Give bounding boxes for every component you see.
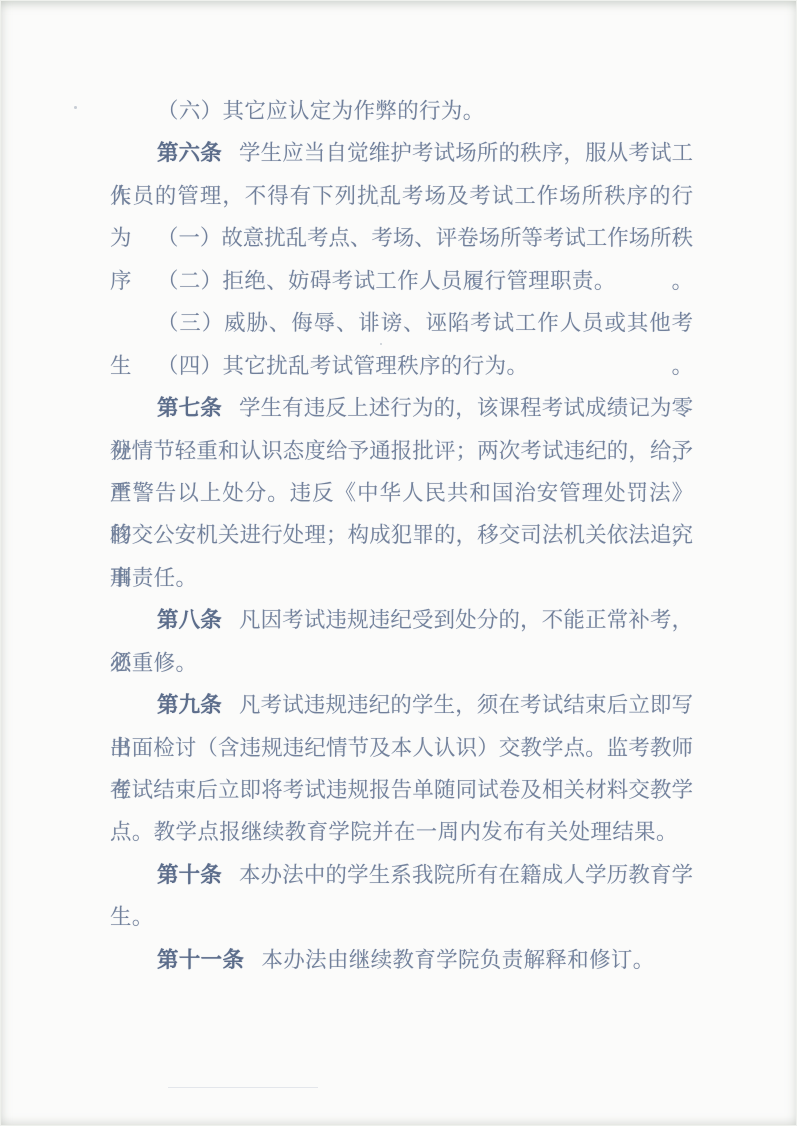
doc-line: 生。: [110, 896, 693, 938]
doc-line: （二）拒绝、妨碍考试工作人员履行管理职责。: [110, 260, 693, 302]
clause-number: 第六条: [157, 141, 222, 165]
clause-number: 第七条: [157, 396, 222, 420]
line-text: 须重修。: [110, 651, 197, 675]
doc-line: （六）其它应认定为作弊的行为。: [110, 90, 693, 132]
document-text: （六）其它应认定为作弊的行为。 第六条学生应当自觉维护考试场所的秩序，服从考试工…: [110, 90, 693, 981]
line-text: 本办法由继续教育学院负责解释和修订。: [261, 948, 654, 972]
doc-line: 点。教学点报继续教育学院并在一周内发布有关处理结果。: [110, 811, 693, 853]
scan-artifact-dot: [74, 106, 77, 109]
doc-line: 视情节轻重和认识态度给予通报批评；两次考试违纪的，给予严: [110, 430, 693, 472]
doc-line: 第十条本办法中的学生系我院所有在籍成人学历教育学: [110, 854, 693, 896]
doc-line: （三）威胁、侮辱、诽谤、诬陷考试工作人员或其他考生。: [110, 302, 693, 344]
doc-line: 人员的管理，不得有下列扰乱考场及考试工作场所秩序的行为：: [110, 175, 693, 217]
doc-line: 考试结束后立即将考试违规报告单随同试卷及相关材料交教学: [110, 769, 693, 811]
doc-line: （一）故意扰乱考点、考场、评卷场所等考试工作场所秩序。: [110, 217, 693, 259]
line-text: 事责任。: [110, 566, 197, 590]
line-text: 点。教学点报继续教育学院并在一周内发布有关处理结果。: [110, 820, 678, 844]
clause-number: 第十一条: [157, 948, 244, 972]
clause-number: 第九条: [157, 693, 222, 717]
doc-line: 第七条学生有违反上述行为的，该课程考试成绩记为零分，: [110, 387, 693, 429]
line-text: （四）其它扰乱考试管理秩序的行为。: [157, 354, 528, 378]
doc-line: 第九条凡考试违规违纪的学生，须在考试结束后立即写出: [110, 684, 693, 726]
clause-number: 第八条: [157, 608, 222, 632]
doc-line: 第十一条本办法由继续教育学院负责解释和修订。: [110, 939, 693, 981]
doc-line: 移交公安机关进行处理；构成犯罪的，移交司法机关依法追究刑: [110, 514, 693, 556]
scan-artifact-dot: [377, 205, 379, 207]
doc-line: 书面检讨（含违规违纪情节及本人认识）交教学点。监考教师在: [110, 727, 693, 769]
line-text: 生。: [110, 905, 154, 929]
line-text: 考试结束后立即将考试违规报告单随同试卷及相关材料交教学: [110, 778, 693, 802]
line-text: （六）其它应认定为作弊的行为。: [157, 99, 485, 123]
doc-line: 重警告以上处分。违反《中华人民共和国治安管理处罚法》的，: [110, 472, 693, 514]
clause-number: 第十条: [157, 863, 222, 887]
line-text: 本办法中的学生系我院所有在籍成人学历教育学: [239, 863, 693, 887]
scanned-document-page: （六）其它应认定为作弊的行为。 第六条学生应当自觉维护考试场所的秩序，服从考试工…: [0, 0, 797, 1126]
doc-line: 事责任。: [110, 557, 693, 599]
doc-line: 第六条学生应当自觉维护考试场所的秩序，服从考试工作: [110, 132, 693, 174]
scan-artifact-line: [168, 1087, 318, 1088]
scan-artifact-dot: [380, 343, 382, 345]
doc-line: 第八条凡因考试违规违纪受到处分的，不能正常补考，必: [110, 599, 693, 641]
doc-line: 须重修。: [110, 642, 693, 684]
line-text: （二）拒绝、妨碍考试工作人员履行管理职责。: [157, 269, 616, 293]
